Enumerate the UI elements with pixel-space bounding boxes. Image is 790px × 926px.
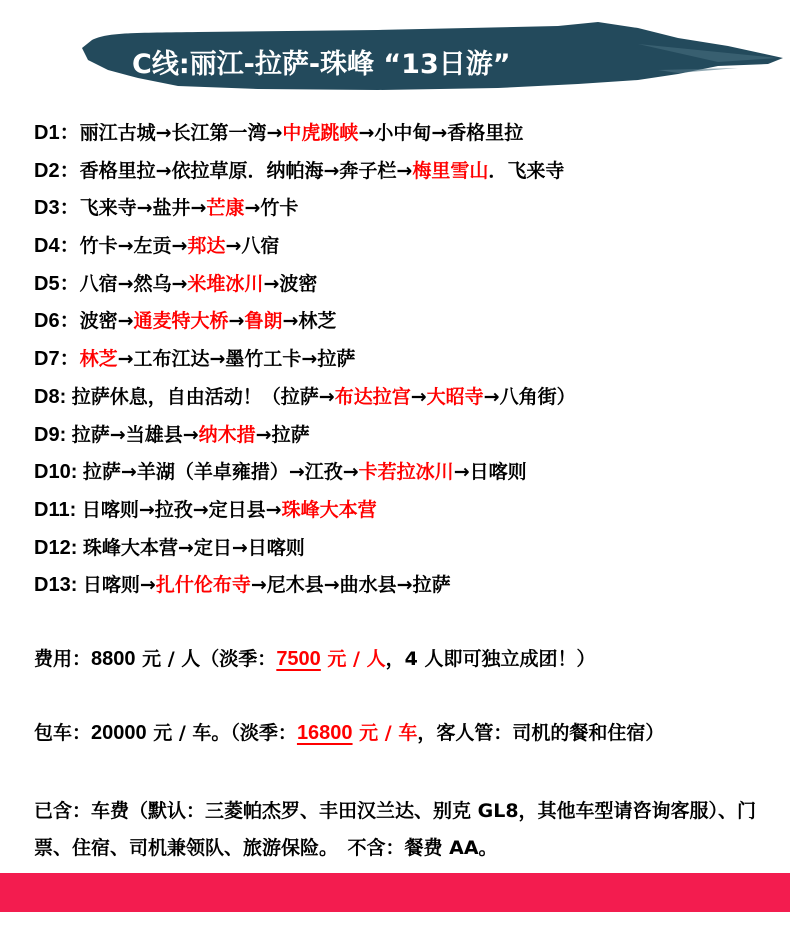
- off-season-car-unit: 元 / 车: [353, 722, 418, 744]
- route-text: 飞来寺→盐井→: [80, 197, 207, 219]
- car-price: 20000: [91, 722, 147, 744]
- route-text: 拉萨→羊湖（羊卓雍措）→江孜→: [83, 461, 359, 483]
- itinerary-day: D3：飞来寺→盐井→芒康→竹卡: [34, 193, 774, 231]
- itinerary-day: D1：丽江古城→长江第一湾→中虎跳峡→小中甸→香格里拉: [34, 118, 774, 156]
- day-label: D11:: [34, 499, 82, 521]
- route-text: 八宿→然乌→: [80, 273, 188, 295]
- highlight-spot: 邦达: [187, 235, 225, 257]
- highlight-spot: 大昭寺: [427, 386, 484, 408]
- highlight-spot: 纳木措: [199, 424, 256, 446]
- off-season-car-price: 16800: [297, 722, 353, 744]
- fee-line: 费用：8800 元 / 人（淡季：7500 元 / 人，4 人即可独立成团！）: [34, 644, 595, 674]
- day-label: D8:: [34, 386, 72, 408]
- route-text: 珠峰大本营→定日→日喀则: [83, 537, 305, 559]
- highlight-spot: 梅里雪山: [412, 160, 488, 182]
- route-text: →八宿: [225, 235, 279, 257]
- itinerary-day: D11: 日喀则→拉孜→定日县→珠峰大本营: [34, 495, 774, 533]
- highlight-spot: 林芝: [80, 348, 118, 370]
- day-label: D13:: [34, 574, 83, 596]
- itinerary-day: D13: 日喀则→扎什伦布寺→尼木县→曲水县→拉萨: [34, 570, 774, 608]
- car-label: 包车：: [34, 722, 91, 744]
- route-text: 竹卡→左贡→: [80, 235, 188, 257]
- day-label: D9:: [34, 424, 72, 446]
- day-label: D4：: [34, 235, 80, 257]
- itinerary-day: D12: 珠峰大本营→定日→日喀则: [34, 533, 774, 571]
- route-text: →: [411, 386, 427, 408]
- highlight-spot: 通麦特大桥: [134, 310, 229, 332]
- route-text: →波密: [263, 273, 317, 295]
- route-text: →: [229, 310, 245, 332]
- highlight-spot: 扎什伦布寺: [156, 574, 251, 596]
- itinerary-day: D10: 拉萨→羊湖（羊卓雍措）→江孜→卡若拉冰川→日喀则: [34, 457, 774, 495]
- highlight-spot: 米堆冰川: [187, 273, 263, 295]
- highlight-spot: 卡若拉冰川: [359, 461, 454, 483]
- title-banner: C线:丽江-拉萨-珠峰 “13日游”: [78, 18, 790, 98]
- route-text: →工布江达→墨竹工卡→拉萨: [118, 348, 356, 370]
- route-text: 拉萨→当雄县→: [72, 424, 199, 446]
- itinerary-day: D8: 拉萨休息，自由活动！（拉萨→布达拉宫→大昭寺→八角街）: [34, 382, 774, 420]
- day-label: D5：: [34, 273, 80, 295]
- car-note: ，客人管：司机的餐和住宿）: [417, 722, 664, 744]
- inclusions-text: 已含：车费（默认：三菱帕杰罗、丰田汉兰达、别克 GL8，其他车型请咨询客服）、门…: [34, 793, 779, 867]
- route-text: 日喀则→拉孜→定日县→: [82, 499, 282, 521]
- route-text: →竹卡: [244, 197, 298, 219]
- day-label: D12:: [34, 537, 83, 559]
- fee-note: ，4 人即可独立成团！）: [386, 648, 596, 670]
- day-label: D10:: [34, 461, 83, 483]
- itinerary-day: D4：竹卡→左贡→邦达→八宿: [34, 231, 774, 269]
- route-text: 香格里拉→依拉草原．纳帕海→奔子栏→: [80, 160, 413, 182]
- footer-band: [0, 873, 790, 912]
- itinerary-day: D9: 拉萨→当雄县→纳木措→拉萨: [34, 420, 774, 458]
- itinerary-list: D1：丽江古城→长江第一湾→中虎跳峡→小中甸→香格里拉 D2：香格里拉→依拉草原…: [34, 118, 774, 608]
- itinerary-day: D2：香格里拉→依拉草原．纳帕海→奔子栏→梅里雪山．飞来寺: [34, 156, 774, 194]
- day-label: D6：: [34, 310, 80, 332]
- route-text: →拉萨: [256, 424, 310, 446]
- highlight-spot: 芒康: [206, 197, 244, 219]
- route-text: →林芝: [282, 310, 336, 332]
- route-text: 波密→: [80, 310, 134, 332]
- fee-unit: 元 / 人（淡季：: [136, 648, 277, 670]
- route-text: →尼木县→曲水县→拉萨: [251, 574, 451, 596]
- route-text: 拉萨休息，自由活动！（拉萨→: [72, 386, 335, 408]
- route-text: 日喀则→: [83, 574, 156, 596]
- route-text: →小中甸→香格里拉: [358, 122, 523, 144]
- highlight-spot: 布达拉宫: [335, 386, 411, 408]
- car-unit: 元 / 车。（淡季：: [147, 722, 297, 744]
- route-text: 丽江古城→长江第一湾→: [80, 122, 283, 144]
- page-title: C线:丽江-拉萨-珠峰 “13日游”: [132, 42, 511, 81]
- route-text: →八角街）: [484, 386, 576, 408]
- day-label: D7：: [34, 348, 80, 370]
- day-label: D3：: [34, 197, 80, 219]
- highlight-spot: 中虎跳峡: [282, 122, 358, 144]
- itinerary-day: D7：林芝→工布江达→墨竹工卡→拉萨: [34, 344, 774, 382]
- off-season-unit: 元 / 人: [321, 648, 386, 670]
- itinerary-day: D5：八宿→然乌→米堆冰川→波密: [34, 269, 774, 307]
- highlight-spot: 鲁朗: [244, 310, 282, 332]
- day-label: D1：: [34, 122, 80, 144]
- day-label: D2：: [34, 160, 80, 182]
- itinerary-day: D6：波密→通麦特大桥→鲁朗→林芝: [34, 306, 774, 344]
- fee-price: 8800: [91, 648, 136, 670]
- fee-label: 费用：: [34, 648, 91, 670]
- highlight-spot: 珠峰大本营: [282, 499, 377, 521]
- off-season-price: 7500: [276, 648, 321, 670]
- route-text: ．飞来寺: [488, 160, 564, 182]
- route-text: →日喀则: [454, 461, 527, 483]
- car-rental-line: 包车：20000 元 / 车。（淡季：16800 元 / 车，客人管：司机的餐和…: [34, 718, 664, 748]
